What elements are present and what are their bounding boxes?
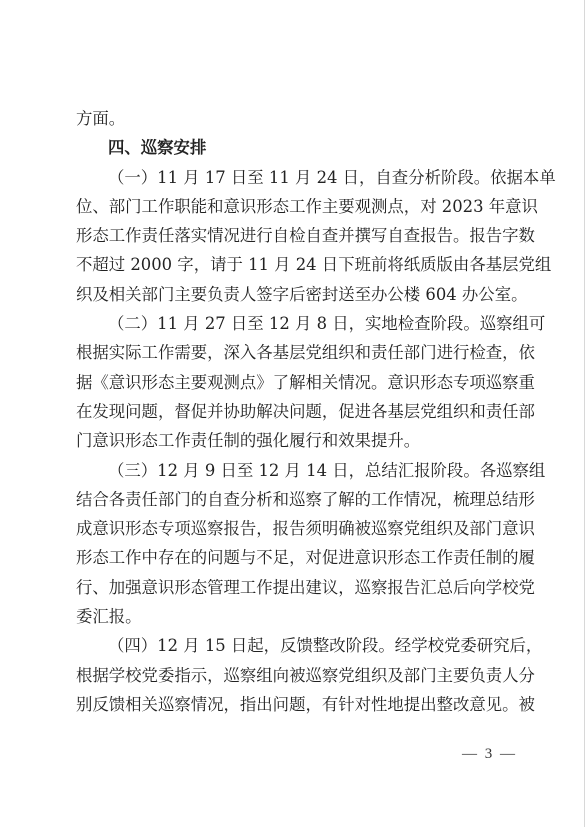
paragraph-line: （三）12 月 9 日至 12 月 14 日，总结汇报阶段。各巡察组 — [76, 456, 514, 485]
paragraph-line: 根据实际工作需要，深入各基层党组织和责任部门进行检查，依 — [76, 338, 514, 367]
paragraph-line: 形态工作责任落实情况进行自检自查并撰写自查报告。报告字数 — [76, 221, 514, 250]
paragraph-4: （四）12 月 15 日起，反馈整改阶段。经学校党委研究后， 根据学校党委指示，… — [76, 631, 514, 719]
section-heading: 四、巡察安排 — [76, 133, 514, 162]
paragraph-line: 不超过 2000 字，请于 11 月 24 日下班前将纸质版由各基层党组 — [76, 250, 514, 279]
paragraph-line: （一）11 月 17 日至 11 月 24 日，自查分析阶段。依据本单 — [76, 163, 514, 192]
paragraph-3: （三）12 月 9 日至 12 月 14 日，总结汇报阶段。各巡察组 结合各责任… — [76, 456, 514, 632]
paragraph-line: 形态工作中存在的问题与不足，对促进意识形态工作责任制的履 — [76, 543, 514, 572]
paragraph-line: 位、部门工作职能和意识形态工作主要观测点，对 2023 年意识 — [76, 192, 514, 221]
paragraph-line: 在发现问题，督促并协助解决问题，促进各基层党组织和责任部 — [76, 397, 514, 426]
document-page: 方面。 四、巡察安排 （一）11 月 17 日至 11 月 24 日，自查分析阶… — [76, 104, 514, 719]
paragraph-line: 成意识形态专项巡察报告，报告须明确被巡察党组织及部门意识 — [76, 514, 514, 543]
paragraph-line: （四）12 月 15 日起，反馈整改阶段。经学校党委研究后， — [76, 631, 514, 660]
paragraph-line: 行、加强意识形态管理工作提出建议，巡察报告汇总后向学校党 — [76, 573, 514, 602]
paragraph-line: （二）11 月 27 日至 12 月 8 日，实地检查阶段。巡察组可 — [76, 309, 514, 338]
paragraph-line: 根据学校党委指示，巡察组向被巡察党组织及部门主要负责人分 — [76, 661, 514, 690]
paragraph-line: 织及相关部门主要负责人签字后密封送至办公楼 604 办公室。 — [76, 280, 514, 309]
paragraph-line: 结合各责任部门的自查分析和巡察了解的工作情况，梳理总结形 — [76, 485, 514, 514]
paragraph-1: （一）11 月 17 日至 11 月 24 日，自查分析阶段。依据本单 位、部门… — [76, 163, 514, 309]
page-edge-divider — [584, 0, 585, 827]
carryover-text: 方面。 — [76, 104, 514, 133]
paragraph-line: 委汇报。 — [76, 602, 514, 631]
page-number: — 3 — — [462, 746, 517, 763]
paragraph-line: 门意识形态工作责任制的强化履行和效果提升。 — [76, 426, 514, 455]
paragraph-2: （二）11 月 27 日至 12 月 8 日，实地检查阶段。巡察组可 根据实际工… — [76, 309, 514, 455]
paragraph-line: 据《意识形态主要观测点》了解相关情况。意识形态专项巡察重 — [76, 368, 514, 397]
paragraph-line: 别反馈相关巡察情况，指出问题，有针对性地提出整改意见。被 — [76, 690, 514, 719]
